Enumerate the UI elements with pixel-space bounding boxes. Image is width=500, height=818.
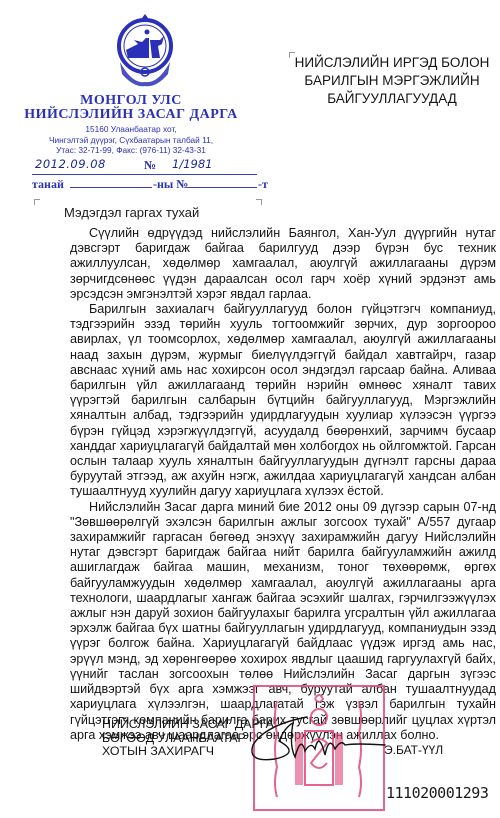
org-line-2: НИЙСЛЭЛИЙН ЗАСАГ ДАРГА — [20, 108, 242, 122]
subject-corner-left — [34, 199, 40, 205]
recipient-line-1: НИЙСЛЭЛИЙН ИРГЭД БОЛОН — [292, 54, 492, 72]
document-date: 2012.09.08 — [35, 157, 106, 171]
subject-corner-right — [256, 199, 262, 205]
letterhead-title: МОНГОЛ УЛС НИЙСЛЭЛИЙН ЗАСАГ ДАРГА — [20, 94, 242, 122]
address-line-1: 15160 Улаанбаатар хот, — [20, 124, 242, 135]
ref-date-blank — [70, 176, 152, 188]
number-label: № — [144, 158, 156, 173]
address-line-2: Чингэлтэй дүүрэг, Сүхбаатарын талбай 11, — [20, 135, 242, 146]
document-number: 1/1981 — [172, 157, 212, 171]
subject-line: Мэдэгдэл гаргах тухай — [64, 205, 199, 220]
address-line-3: Утас: 32-71-99, Факс: (976-11) 32-43-31 — [20, 145, 242, 156]
handwritten-signature-icon — [245, 705, 395, 775]
paragraph: Сүүлийн өдрүүдэд нийслэлийн Баянгол, Хан… — [70, 226, 496, 302]
ref-label-no: -ны № — [153, 177, 188, 192]
recipient-line-2: БАРИЛГЫН МЭРГЭЖЛИЙН — [292, 72, 492, 90]
document-serial-number: 111020001293 — [386, 784, 488, 802]
ref-label-suffix: -т — [258, 177, 268, 192]
ref-number-blank — [187, 176, 257, 188]
signatory-name: Э.БАТ-ҮҮЛ — [384, 743, 443, 757]
recipient-block: НИЙСЛЭЛИЙН ИРГЭД БОЛОН БАРИЛГЫН МЭРГЭЖЛИ… — [292, 54, 492, 108]
org-line-1: МОНГОЛ УЛС — [20, 94, 242, 108]
letter-body: Сүүлийн өдрүүдэд нийслэлийн Баянгол, Хан… — [70, 226, 496, 743]
state-emblem-icon — [112, 14, 178, 90]
paragraph: Барилгын захиалагч байгууллагууд болон г… — [70, 302, 496, 500]
reference-row: танай -ны № -т — [32, 176, 267, 192]
recipient-line-3: БАЙГУУЛЛАГУУДАД — [292, 90, 492, 108]
ref-label-yours: танай — [32, 177, 64, 192]
letterhead-address: 15160 Улаанбаатар хот, Чингэлтэй дүүрэг,… — [20, 124, 242, 156]
date-number-row: 2012.09.08 № 1/1981 — [32, 156, 257, 175]
